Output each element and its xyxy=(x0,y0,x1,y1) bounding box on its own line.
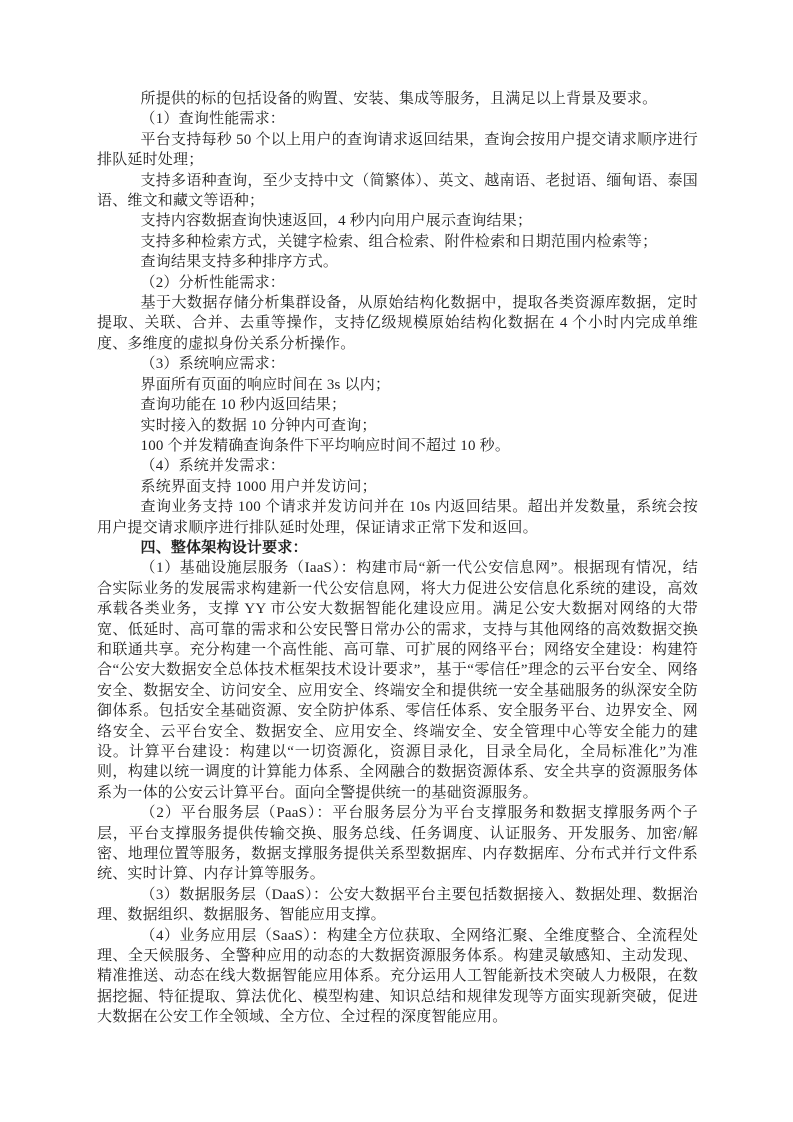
paragraph: （3）数据服务层（DaaS）：公安大数据平台主要包括数据接入、数据处理、数据治理… xyxy=(97,885,698,926)
paragraph: （4）业务应用层（SaaS）：构建全方位获取、全网络汇聚、全维度整合、全流程处理… xyxy=(97,926,698,1028)
paragraph: （4）系统并发需求： xyxy=(97,456,698,476)
paragraph: （1）基础设施层服务（IaaS）：构建市局“新一代公安信息网”。根据现有情况，结… xyxy=(97,558,698,803)
section-heading: 四、整体架构设计要求： xyxy=(97,538,698,558)
paragraph: 平台支持每秒 50 个以上用户的查询请求返回结果，查询会按用户提交请求顺序进行排… xyxy=(97,130,698,171)
paragraph: 基于大数据存储分析集群设备，从原始结构化数据中，提取各类资源库数据，定时提取、关… xyxy=(97,293,698,354)
paragraph: 支持多种检索方式，关键字检索、组合检索、附件检索和日期范围内检索等； xyxy=(97,232,698,252)
paragraph: （1）查询性能需求： xyxy=(97,109,698,129)
paragraph: 查询结果支持多种排序方式。 xyxy=(97,252,698,272)
paragraph: 所提供的标的包括设备的购置、安装、集成等服务，且满足以上背景及要求。 xyxy=(97,89,698,109)
paragraph: 100 个并发精确查询条件下平均响应时间不超过 10 秒。 xyxy=(97,436,698,456)
paragraph: （2）分析性能需求： xyxy=(97,273,698,293)
paragraph: （3）系统响应需求： xyxy=(97,354,698,374)
paragraph: 查询功能在 10 秒内返回结果； xyxy=(97,395,698,415)
document-body: 所提供的标的包括设备的购置、安装、集成等服务，且满足以上背景及要求。（1）查询性… xyxy=(97,89,698,1028)
paragraph: 支持内容数据查询快速返回，4 秒内向用户展示查询结果； xyxy=(97,211,698,231)
document-page: 所提供的标的包括设备的购置、安装、集成等服务，且满足以上背景及要求。（1）查询性… xyxy=(0,0,793,1122)
paragraph: 支持多语种查询，至少支持中文（简繁体）、英文、越南语、老挝语、缅甸语、泰国语、维… xyxy=(97,171,698,212)
paragraph: 系统界面支持 1000 用户并发访问； xyxy=(97,477,698,497)
paragraph: 界面所有页面的响应时间在 3s 以内； xyxy=(97,375,698,395)
paragraph: 查询业务支持 100 个请求并发访问并在 10s 内返回结果。超出并发数量，系统… xyxy=(97,497,698,538)
paragraph: （2）平台服务层（PaaS）：平台服务层分为平台支撑服务和数据支撑服务两个子层，… xyxy=(97,803,698,885)
paragraph: 实时接入的数据 10 分钟内可查询； xyxy=(97,416,698,436)
